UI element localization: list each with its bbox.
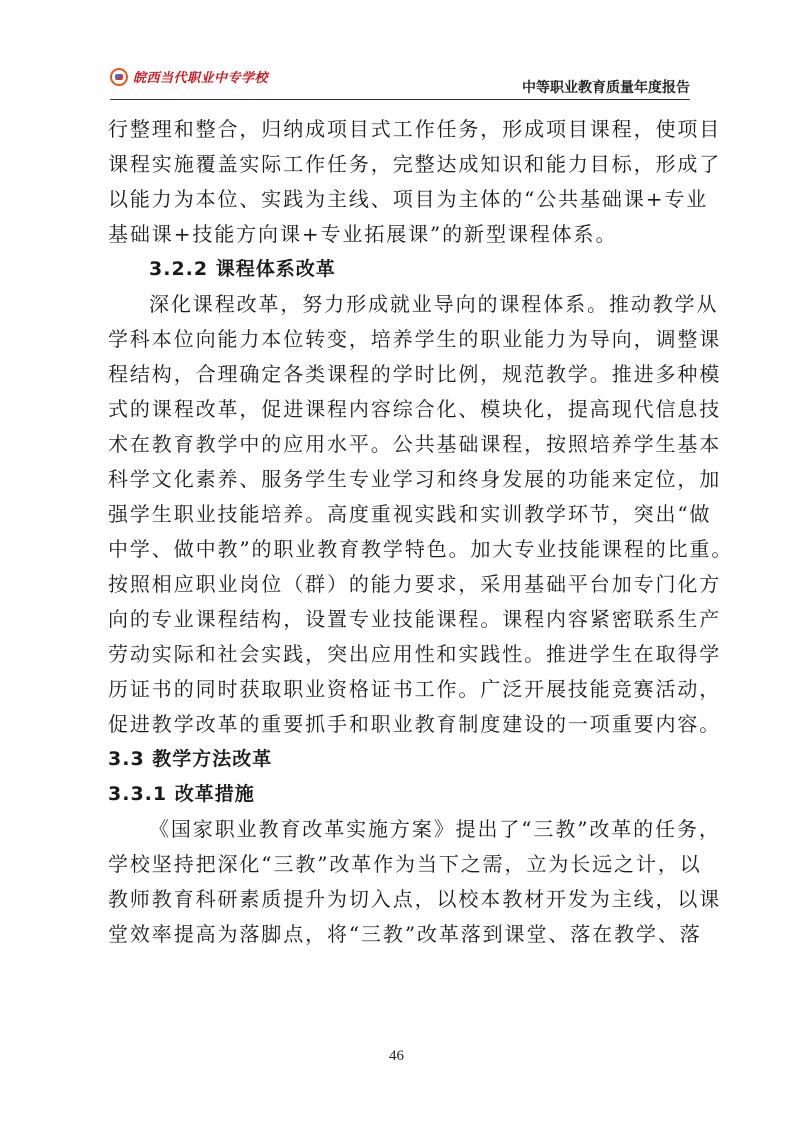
paragraph-start: 深化课程改革，努力形成就业导向的课程体系。推动教学从 — [108, 287, 694, 322]
text-line: 中学、做中教”的职业教育教学特色。加大专业技能课程的比重。 — [108, 532, 694, 567]
paragraph-start: 《国家职业教育改革实施方案》提出了“三教”改革的任务， — [108, 812, 694, 847]
text-line: 向的专业课程结构，设置专业技能课程。课程内容紧密联系生产 — [108, 602, 694, 637]
text-line: 学校坚持把深化“三教”改革作为当下之需，立为长远之计，以 — [108, 847, 694, 882]
text-line: 行整理和整合，归纳成项目式工作任务，形成项目课程，使项目 — [108, 112, 694, 147]
school-logo: 皖西当代职业中专学校 — [110, 67, 268, 86]
section-heading-3-3: 3.3 教学方法改革 — [108, 742, 694, 777]
text-line: 式的课程改革，促进课程内容综合化、模块化，提高现代信息技 — [108, 392, 694, 427]
school-emblem-icon — [110, 68, 128, 86]
text-line: 术在教育教学中的应用水平。公共基础课程，按照培养学生基本 — [108, 427, 694, 462]
header-divider — [110, 99, 690, 100]
page-number: 46 — [0, 1048, 793, 1065]
document-body: 行整理和整合，归纳成项目式工作任务，形成项目课程，使项目 课程实施覆盖实际工作任… — [108, 112, 694, 952]
text-line: 强学生职业技能培养。高度重视实践和实训教学环节，突出“做 — [108, 497, 694, 532]
section-heading-3-2-2: 3.2.2 课程体系改革 — [108, 252, 694, 287]
section-heading-3-3-1: 3.3.1 改革措施 — [108, 777, 694, 812]
text-line: 科学文化素养、服务学生专业学习和终身发展的功能来定位，加 — [108, 462, 694, 497]
school-name: 皖西当代职业中专学校 — [133, 67, 268, 86]
text-line: 课程实施覆盖实际工作任务，完整达成知识和能力目标，形成了 — [108, 147, 694, 182]
text-line: 堂效率提高为落脚点，将“三教”改革落到课堂、落在教学、落 — [108, 917, 694, 952]
text-line: 历证书的同时获取职业资格证书工作。广泛开展技能竞赛活动， — [108, 672, 694, 707]
text-line: 以能力为本位、实践为主线、项目为主体的“公共基础课+专业 — [108, 182, 694, 217]
text-line: 程结构，合理确定各类课程的学时比例，规范教学。推进多种模 — [108, 357, 694, 392]
text-line: 按照相应职业岗位（群）的能力要求，采用基础平台加专门化方 — [108, 567, 694, 602]
text-line: 学科本位向能力本位转变，培养学生的职业能力为导向，调整课 — [108, 322, 694, 357]
text-line: 基础课+技能方向课+专业拓展课”的新型课程体系。 — [108, 217, 694, 252]
text-line: 劳动实际和社会实践，突出应用性和实践性。推进学生在取得学 — [108, 637, 694, 672]
text-line: 促进教学改革的重要抓手和职业教育制度建设的一项重要内容。 — [108, 707, 694, 742]
report-title: 中等职业教育质量年度报告 — [522, 77, 690, 97]
text-line: 教师教育科研素质提升为切入点，以校本教材开发为主线，以课 — [108, 882, 694, 917]
page-header: 皖西当代职业中专学校 中等职业教育质量年度报告 — [110, 62, 690, 102]
